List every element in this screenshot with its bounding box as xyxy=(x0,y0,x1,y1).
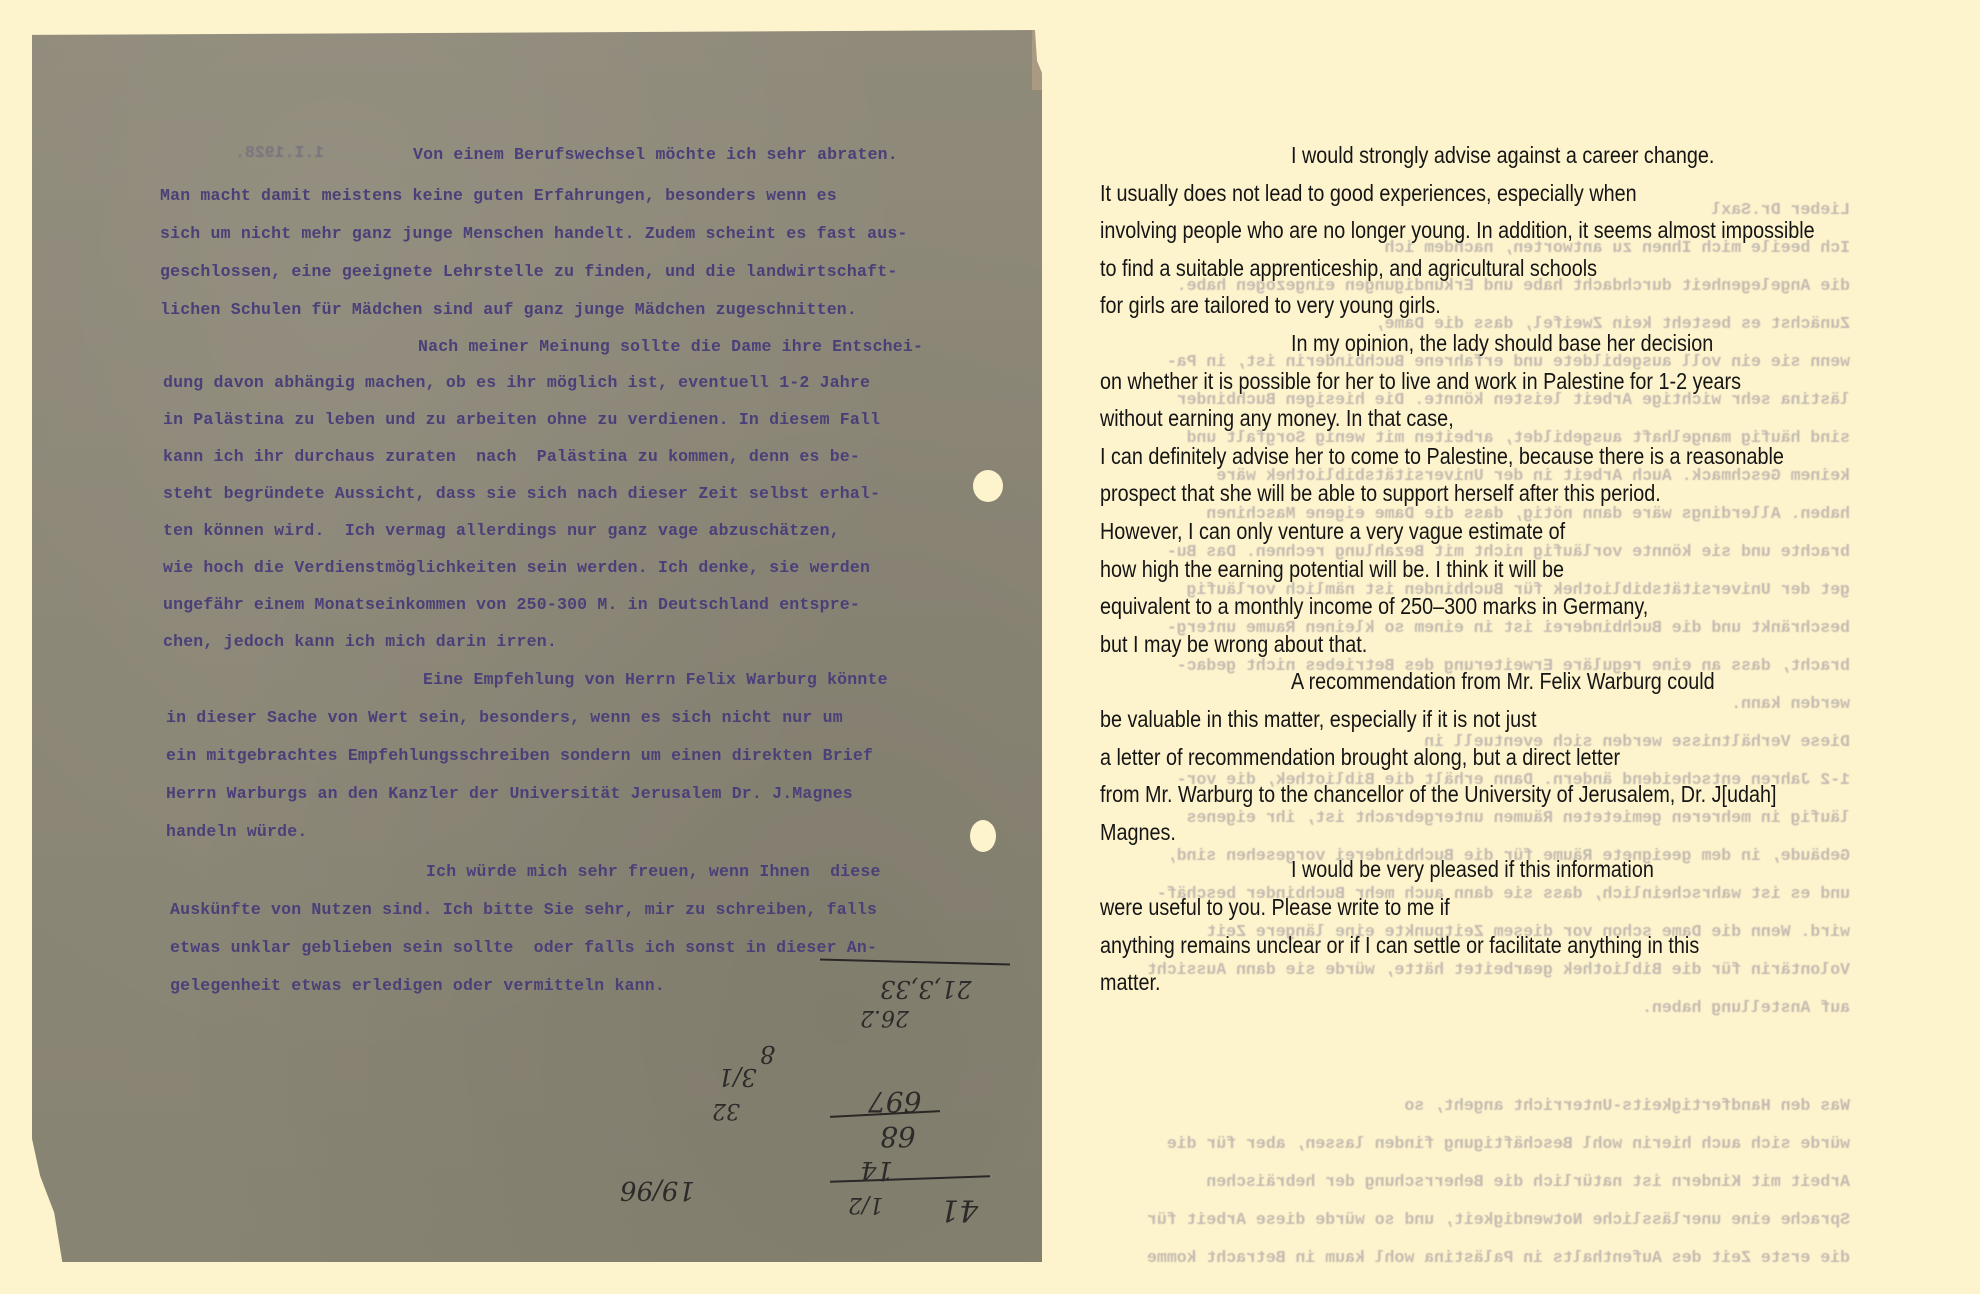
translation-line: from Mr. Warburg to the chancellor of th… xyxy=(1100,779,1776,809)
translation-line: I can definitely advise her to come to P… xyxy=(1100,441,1784,471)
bleed-through-line: Arbeit mit Kindern ist natürlich die Beh… xyxy=(970,1172,1850,1191)
typed-line: chen, jedoch kann ich mich darin irren. xyxy=(163,632,557,651)
translation-line: I would be very pleased if this informat… xyxy=(1291,854,1654,884)
translation-line: anything remains unclear or if I can set… xyxy=(1100,930,1699,960)
translation-line: In my opinion, the lady should base her … xyxy=(1291,328,1713,358)
translation-line: Magnes. xyxy=(1100,817,1176,847)
typed-line: gelegenheit etwas erledigen oder vermitt… xyxy=(170,976,665,995)
translation-line: However, I can only venture a very vague… xyxy=(1100,516,1565,546)
translation-line: to find a suitable apprenticeship, and a… xyxy=(1100,253,1597,283)
translation-line: for girls are tailored to very young gir… xyxy=(1100,290,1441,320)
bleed-through-line: Sprache eine unerlässliche Notwendigkeit… xyxy=(970,1210,1850,1229)
handwritten-note: 8 xyxy=(760,1040,775,1068)
typed-line: steht begründete Aussicht, dass sie sich… xyxy=(163,484,880,503)
translation-line: without earning any money. In that case, xyxy=(1100,403,1454,433)
typed-line: Nach meiner Meinung sollte die Dame ihre… xyxy=(418,337,923,356)
paper-torn-edge xyxy=(1032,30,1042,90)
translation-line: were useful to you. Please write to me i… xyxy=(1100,892,1450,922)
typed-line: in Palästina zu leben und zu arbeiten oh… xyxy=(163,410,880,429)
handwritten-note: 21,3,33 xyxy=(880,975,972,1003)
typed-line: Eine Empfehlung von Herrn Felix Warburg … xyxy=(423,670,888,689)
typed-line: ein mitgebrachtes Empfehlungsschreiben s… xyxy=(166,746,873,765)
translation-line: equivalent to a monthly income of 250–30… xyxy=(1100,591,1648,621)
translation-line: how high the earning potential will be. … xyxy=(1100,554,1564,584)
translation-line: be valuable in this matter, especially i… xyxy=(1100,704,1536,734)
typed-line: wie hoch die Verdienstmöglichkeiten sein… xyxy=(163,558,870,577)
translation-line: but I may be wrong about that. xyxy=(1100,629,1367,659)
bleed-through-line: auf Anstellung haben. xyxy=(970,998,1850,1017)
typed-line: Von einem Berufswechsel möchte ich sehr … xyxy=(413,145,898,164)
translation-line: prospect that she will be able to suppor… xyxy=(1100,478,1661,508)
handwritten-note: 3/1 xyxy=(718,1063,757,1091)
typed-line: kann ich ihr durchaus zuraten nach Paläs… xyxy=(163,447,860,466)
typed-line: Ich würde mich sehr freuen, wenn Ihnen d… xyxy=(426,862,881,881)
translation-line: A recommendation from Mr. Felix Warburg … xyxy=(1291,666,1715,696)
bleed-through-line: die erste Zeit des Aufenthalts in Paläst… xyxy=(970,1248,1850,1267)
translation-line: on whether it is possible for her to liv… xyxy=(1100,366,1741,396)
punch-hole xyxy=(970,820,996,852)
typed-line: ungefähr einem Monatseinkommen von 250-3… xyxy=(163,595,860,614)
translation-line: It usually does not lead to good experie… xyxy=(1100,178,1637,208)
handwritten-note: 41 xyxy=(940,1192,978,1227)
handwritten-note: 1/2 xyxy=(848,1192,883,1217)
typed-line: Herrn Warburgs an den Kanzler der Univer… xyxy=(166,784,853,803)
punch-hole xyxy=(973,470,1003,502)
typed-line: Man macht damit meistens keine guten Erf… xyxy=(160,186,837,205)
typed-line: dung davon abhängig machen, ob es ihr mö… xyxy=(163,373,870,392)
typed-line: Auskünfte von Nutzen sind. Ich bitte Sie… xyxy=(170,900,877,919)
typed-line: geschlossen, eine geeignete Lehrstelle z… xyxy=(160,262,897,281)
typed-line: ten können wird. Ich vermag allerdings n… xyxy=(163,521,840,540)
translation-line: matter. xyxy=(1100,967,1160,997)
typed-line: in dieser Sache von Wert sein, besonders… xyxy=(166,708,843,727)
date-mirrored: 1.I.1928. xyxy=(235,143,324,162)
translation-line: a letter of recommendation brought along… xyxy=(1100,742,1620,772)
bleed-through-line: würde sich auch hierin wohl Beschäftigun… xyxy=(970,1134,1850,1153)
handwritten-note: 68 xyxy=(880,1120,916,1153)
typed-line: handeln würde. xyxy=(166,822,307,841)
translation-line: I would strongly advise against a career… xyxy=(1291,140,1714,170)
typed-line: lichen Schulen für Mädchen sind auf ganz… xyxy=(160,300,857,319)
bleed-through-line: Was den Handfertigkeits-Unterricht angeh… xyxy=(970,1096,1850,1115)
typed-line: sich um nicht mehr ganz junge Menschen h… xyxy=(160,224,908,243)
typed-line: etwas unklar geblieben sein sollte oder … xyxy=(170,938,877,957)
handwritten-note: 32 xyxy=(712,1098,740,1123)
handwritten-note: 19/96 xyxy=(620,1175,695,1205)
translation-line: involving people who are no longer young… xyxy=(1100,215,1815,245)
handwritten-note: 26.2 xyxy=(860,1005,909,1030)
